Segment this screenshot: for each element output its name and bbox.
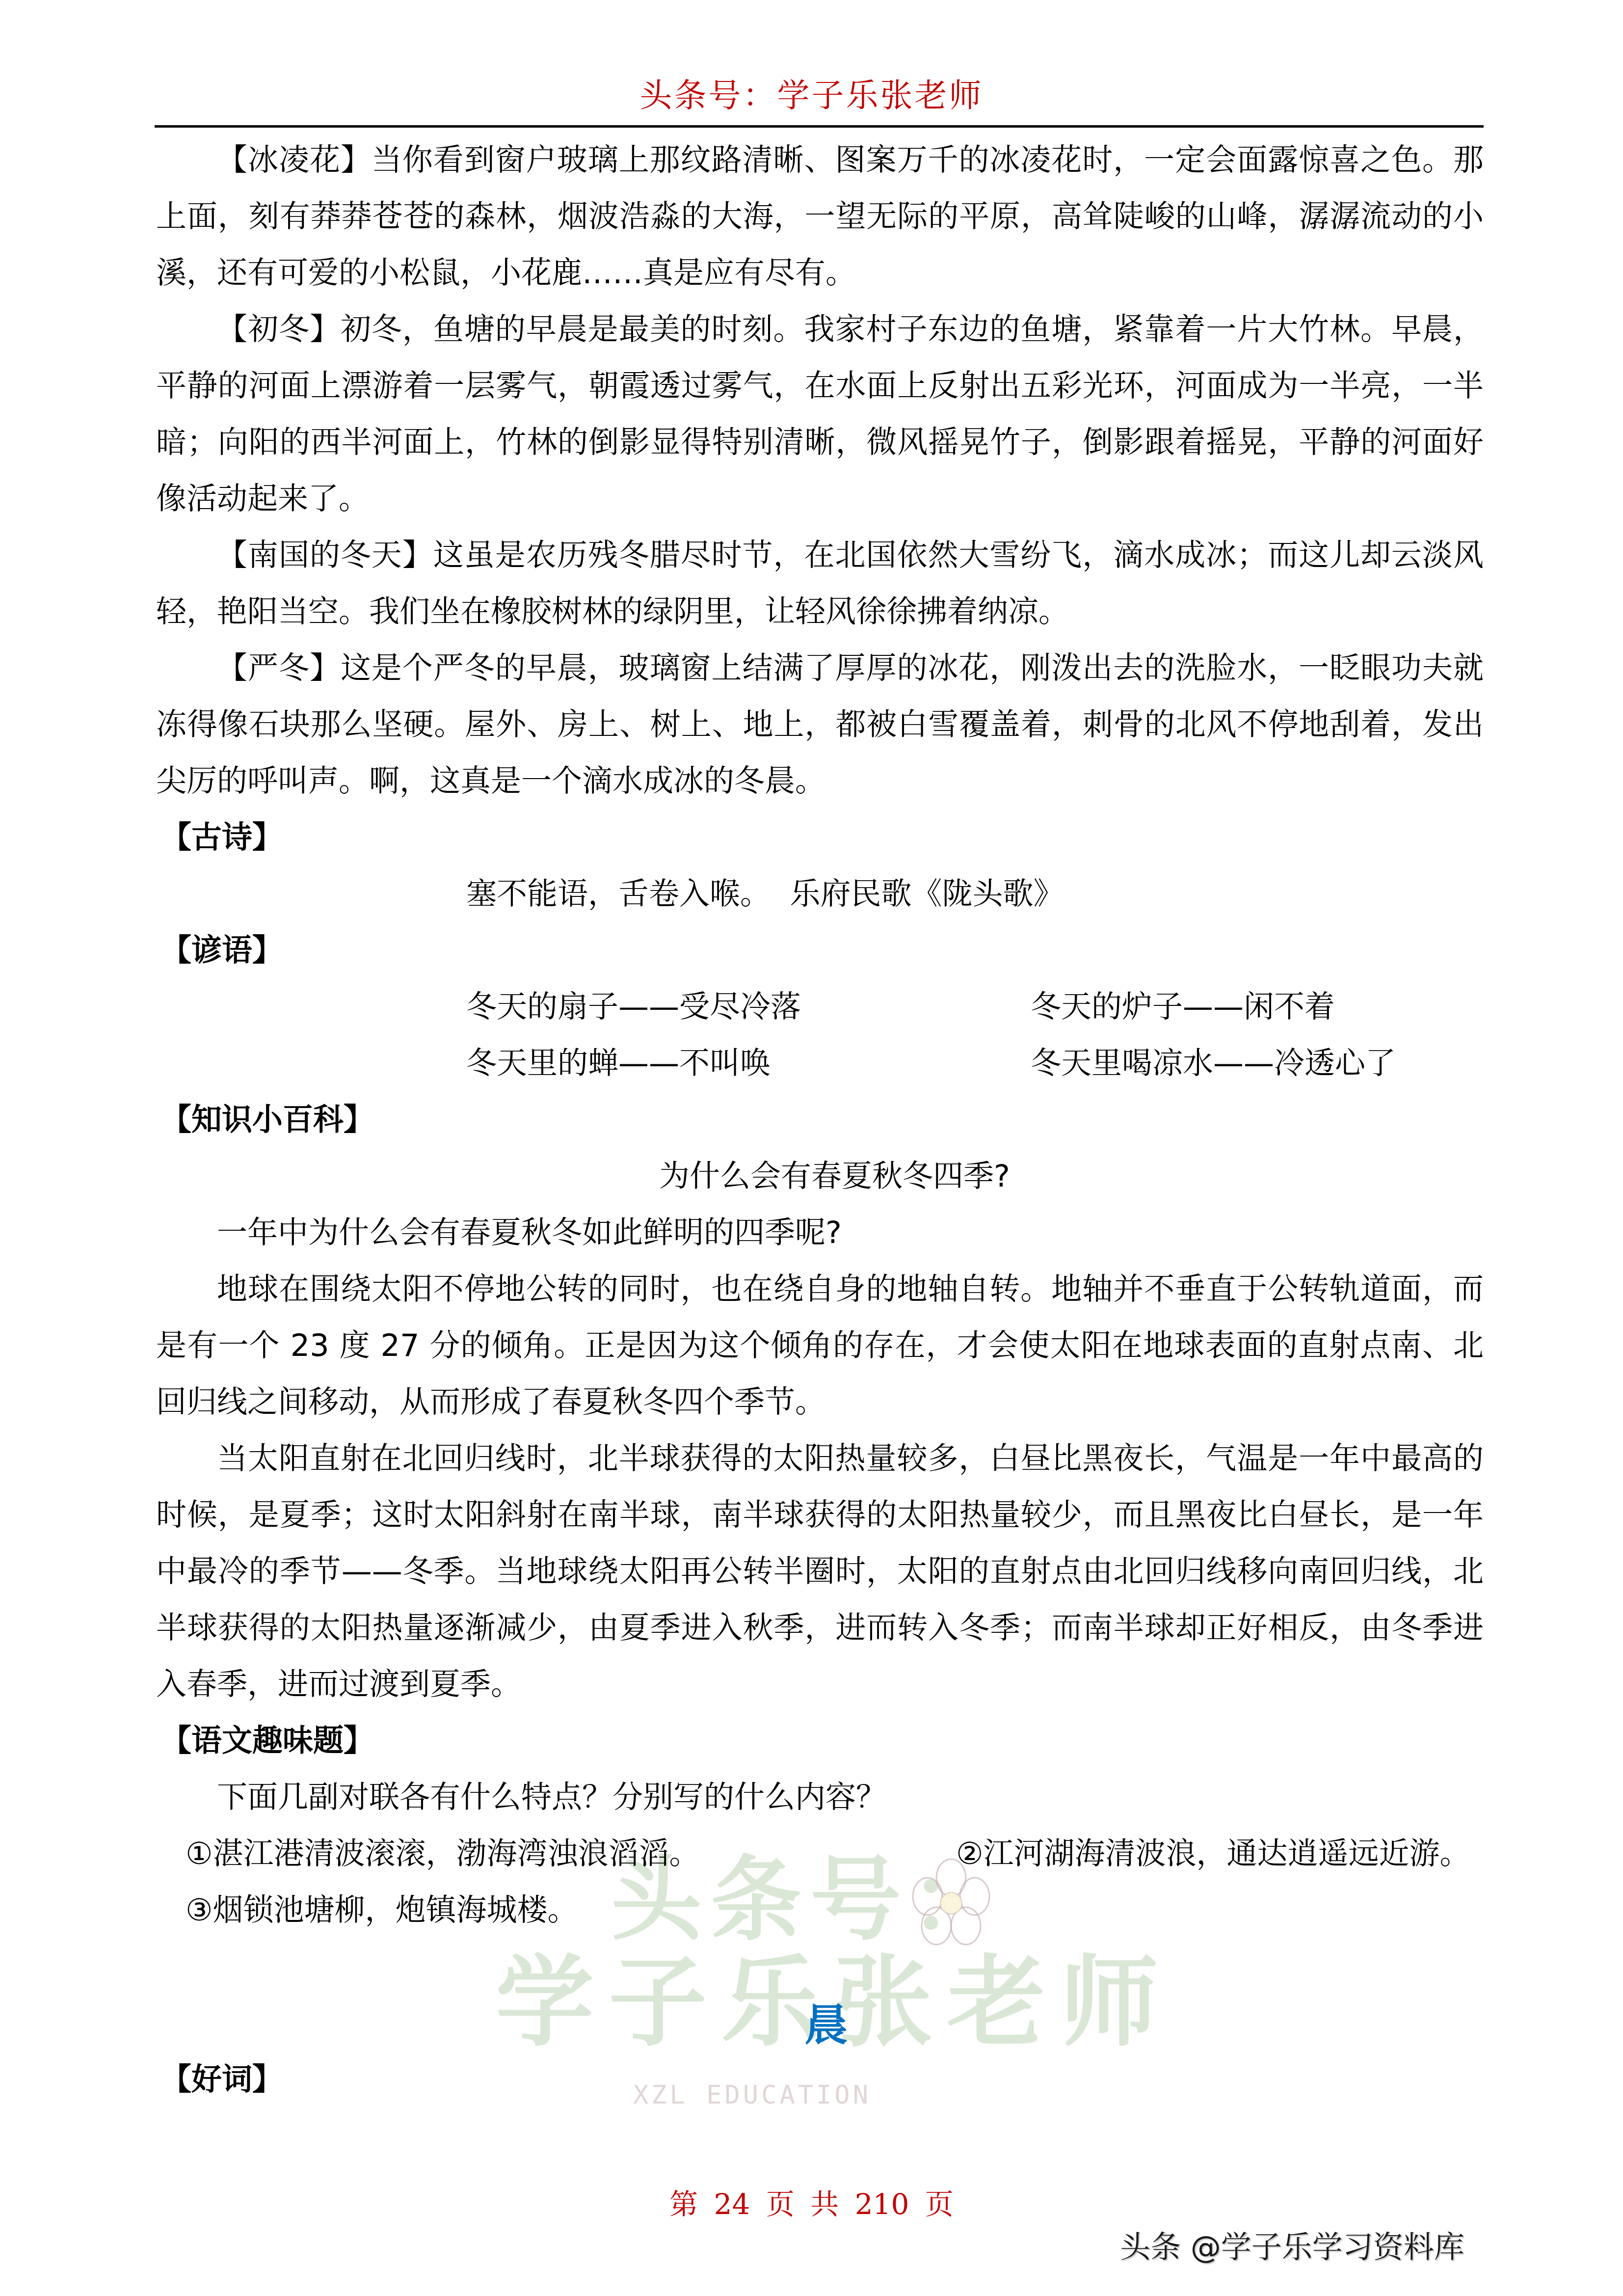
- section-heading-quwei: 【语文趣味题】: [156, 1712, 1484, 1769]
- proverb-grid: 冬天的扇子——受尽冷落 冬天的炉子——闲不着 冬天里的蝉——不叫唤 冬天里喝凉水…: [156, 978, 1484, 1091]
- quwei-question: 下面几副对联各有什么特点？分别写的什么内容？: [156, 1769, 1484, 1825]
- couplet-item: ②江河湖海清波浪，通达逍遥远近游。: [956, 1825, 1484, 1882]
- baike-paragraph: 地球在围绕太阳不停地公转的同时，也在绕自身的地轴自转。地轴并不垂直于公转轨道面，…: [156, 1261, 1484, 1430]
- paragraph-chu-dong: 【初冬】初冬，鱼塘的早晨是最美的时刻。我家村子东边的鱼塘，紧靠着一片大竹林。早晨…: [156, 301, 1484, 527]
- couplet-item: ①湛江港清波滚滚，渤海湾浊浪滔滔。: [186, 1825, 956, 1882]
- toutiao-attribution: 头条 @学子乐学习资料库: [1120, 2228, 1464, 2267]
- page-header-title: 头条号：学子乐张老师: [0, 74, 1623, 118]
- couplet-item: ③烟锁池塘柳，炮镇海城楼。: [186, 1882, 956, 1938]
- section-heading-haoci: 【好词】: [156, 2051, 1484, 2107]
- paragraph-yan-dong: 【严冬】这是个严冬的早晨，玻璃窗上结满了厚厚的冰花，刚泼出去的洗脸水，一眨眼功夫…: [156, 640, 1484, 809]
- paragraph-bing-ling-hua: 【冰凌花】当你看到窗户玻璃上那纹路清晰、图案万千的冰凌花时，一定会面露惊喜之色。…: [156, 132, 1484, 301]
- baike-title: 为什么会有春夏秋冬四季?: [156, 1148, 1484, 1204]
- baike-paragraph: 一年中为什么会有春夏秋冬如此鲜明的四季呢?: [156, 1204, 1484, 1261]
- proverb-item: 冬天里喝凉水——冷透心了: [1031, 1035, 1521, 1091]
- header-divider: [155, 125, 1484, 128]
- proverb-item: 冬天里的蝉——不叫唤: [466, 1035, 1031, 1091]
- section-heading-yanyu: 【谚语】: [156, 922, 1484, 978]
- couplet-list: ①湛江港清波滚滚，渤海湾浊浪滔滔。 ②江河湖海清波浪，通达逍遥远近游。 ③烟锁池…: [156, 1825, 1484, 1938]
- proverb-item: 冬天的炉子——闲不着: [1031, 978, 1521, 1035]
- baike-paragraph: 当太阳直射在北回归线时，北半球获得的太阳热量较多，白昼比黑夜长，气温是一年中最高…: [156, 1430, 1484, 1712]
- chapter-title-chen: 晨: [0, 2000, 1623, 2050]
- section-heading-gushi: 【古诗】: [156, 809, 1484, 865]
- page-number-footer: 第 24 页 共 210 页: [0, 2185, 1623, 2224]
- proverb-item: 冬天的扇子——受尽冷落: [466, 978, 1031, 1035]
- poem-line: 塞不能语，舌卷入喉。 乐府民歌《陇头歌》: [156, 865, 1484, 922]
- page-body: 【冰凌花】当你看到窗户玻璃上那纹路清晰、图案万千的冰凌花时，一定会面露惊喜之色。…: [156, 132, 1484, 2107]
- paragraph-nan-guo-dong-tian: 【南国的冬天】这虽是农历残冬腊尽时节，在北国依然大雪纷飞，滴水成冰；而这儿却云淡…: [156, 527, 1484, 640]
- section-heading-baike: 【知识小百科】: [156, 1091, 1484, 1148]
